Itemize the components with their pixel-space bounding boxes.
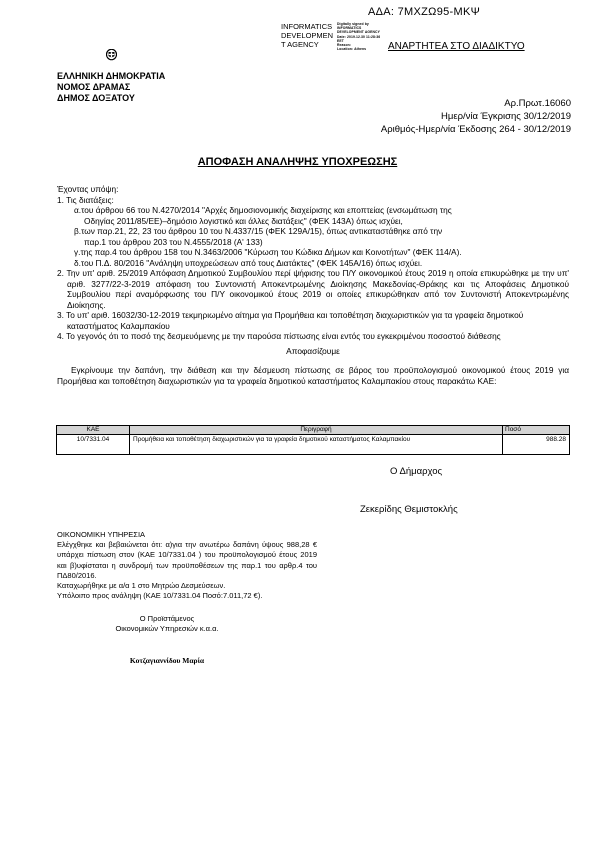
decision-heading: Αποφασίζουμε [57,346,569,357]
finance-chief-name: Κοτζαγιαννίδου Μαρία [57,656,277,665]
stamp-detail-line: Location: Athens [337,47,387,51]
mayor-name: Ζεκερίδης Θεμιστοκλής [360,504,458,515]
document-title: ΑΠΟΦΑΣΗ ΑΝΑΛΗΨΗΣ ΥΠΟΧΡΕΩΣΗΣ [0,156,595,168]
approval-text: Εγκρίνουμε την δαπάνη, την διάθεση και τ… [57,365,569,386]
document-body: Έχοντας υπόψη: 1. Τις διατάξεις: α.του ά… [57,184,569,386]
chief-title-line: Οικονομικών Υπηρεσιών κ.α.α. [57,624,277,634]
item-1-label: 1. Τις διατάξεις: [57,195,569,206]
chief-title-line: Ο Προϊστάμενος [57,614,277,624]
stamp-org-line: INFORMATICS [281,22,333,31]
stamp-detail-line: DEVELOPMENT AGENCY [337,30,387,34]
signature-stamp-details: Digitally signed by INFORMATICS DEVELOPM… [337,22,387,51]
finance-registered: Καταχωρήθηκε με α/α 1 στο Μητρώο Δεσμεύσ… [57,581,317,591]
cell-amount: 988.28 [503,435,570,455]
finance-chief-title: Ο Προϊστάμενος Οικονομικών Υπηρεσιών κ.α… [57,614,277,634]
item-4: 4. Το γεγονός ότι το ποσό της δεσμευόμεν… [57,331,569,342]
cell-kae: 10/7331.04 [57,435,130,455]
col-kae: ΚΑΕ [57,426,130,435]
item-1c: γ.της παρ.4 του άρθρου 158 του Ν.3463/20… [57,247,569,258]
authority-line: ΝΟΜΟΣ ΔΡΑΜΑΣ [57,82,165,93]
intro: Έχοντας υπόψη: [57,184,569,195]
issue-info: Αριθμός-Ημερ/νία Έκδοσης 264 - 30/12/201… [381,123,571,136]
budget-table: ΚΑΕ Περιγραφή Ποσό 10/7331.04 Προμήθεια … [56,425,570,455]
item-3: 3. Το υπ' αριθ. 16032/30-12-2019 τεκμηρι… [57,310,569,331]
approval-date: Ημερ/νία Έγκρισης 30/12/2019 [381,110,571,123]
finance-check-text: Ελέγχθηκε και βεβαιώνεται ότι: α)για την… [57,540,317,581]
authority-line: ΕΛΛΗΝΙΚΗ ΔΗΜΟΚΡΑΤΙΑ [57,71,165,82]
item-1b-line2: παρ.1 του άρθρου 203 του Ν.4555/2018 (Α'… [57,237,569,248]
cell-description: Προμήθεια και τοποθέτηση διαχωριστικών γ… [130,435,503,455]
stamp-org-line: T AGENCY [281,40,333,49]
finance-heading: ΟΙΚΟΝΟΜΙΚΗ ΥΠΗΡΕΣΙΑ [57,530,317,540]
item-1b-line1: β.των παρ.21, 22, 23 του άρθρου 10 του Ν… [57,226,569,237]
finance-remaining: Υπόλοιπο προς ανάληψη (ΚΑΕ 10/7331.04 Πο… [57,591,317,601]
stamp-org-line: DEVELOPMEN [281,31,333,40]
publish-online-notice: ΑΝΑΡΤΗΤΕΑ ΣΤΟ ΔΙΑΔΙΚΤΥΟ [388,41,525,52]
table-row: 10/7331.04 Προμήθεια και τοποθέτηση διαχ… [57,435,570,455]
item-1d: δ.του Π.Δ. 80/2016 "Ανάληψη υποχρεώσεων … [57,258,569,269]
issuing-authority: ΕΛΛΗΝΙΚΗ ΔΗΜΟΚΡΑΤΙΑ ΝΟΜΟΣ ΔΡΑΜΑΣ ΔΗΜΟΣ Δ… [57,71,165,104]
col-amount: Ποσό [503,426,570,435]
col-description: Περιγραφή [130,426,503,435]
table-header-row: ΚΑΕ Περιγραφή Ποσό [57,426,570,435]
signature-stamp-org: INFORMATICS DEVELOPMEN T AGENCY [281,22,333,49]
ada-code: ΑΔΑ: 7ΜΧΖΩ95-ΜΚΨ [368,6,480,18]
item-2: 2. Την υπ' αριθ. 25/2019 Απόφαση Δημοτικ… [57,268,569,310]
authority-line: ΔΗΜΟΣ ΔΟΞΑΤΟΥ [57,93,165,104]
stamp-detail-line: Date: 2019.12.30 11:28:36 [337,35,387,39]
item-1a-line2: Οδηγίας 2011/85/ΕΕ)–δημόσιο λογιστικό κα… [57,216,569,227]
mayor-title: Ο Δήμαρχος [390,466,442,477]
finance-service-section: ΟΙΚΟΝΟΜΙΚΗ ΥΠΗΡΕΣΙΑ Ελέγχθηκε και βεβαιώ… [57,530,317,601]
protocol-number: Αρ.Πρωτ.16060 [381,97,571,110]
greek-coat-of-arms-icon [106,48,117,60]
item-1a-line1: α.του άρθρου 66 του Ν.4270/2014 "Αρχές δ… [57,205,569,216]
document-references: Αρ.Πρωτ.16060 Ημερ/νία Έγκρισης 30/12/20… [381,97,571,136]
